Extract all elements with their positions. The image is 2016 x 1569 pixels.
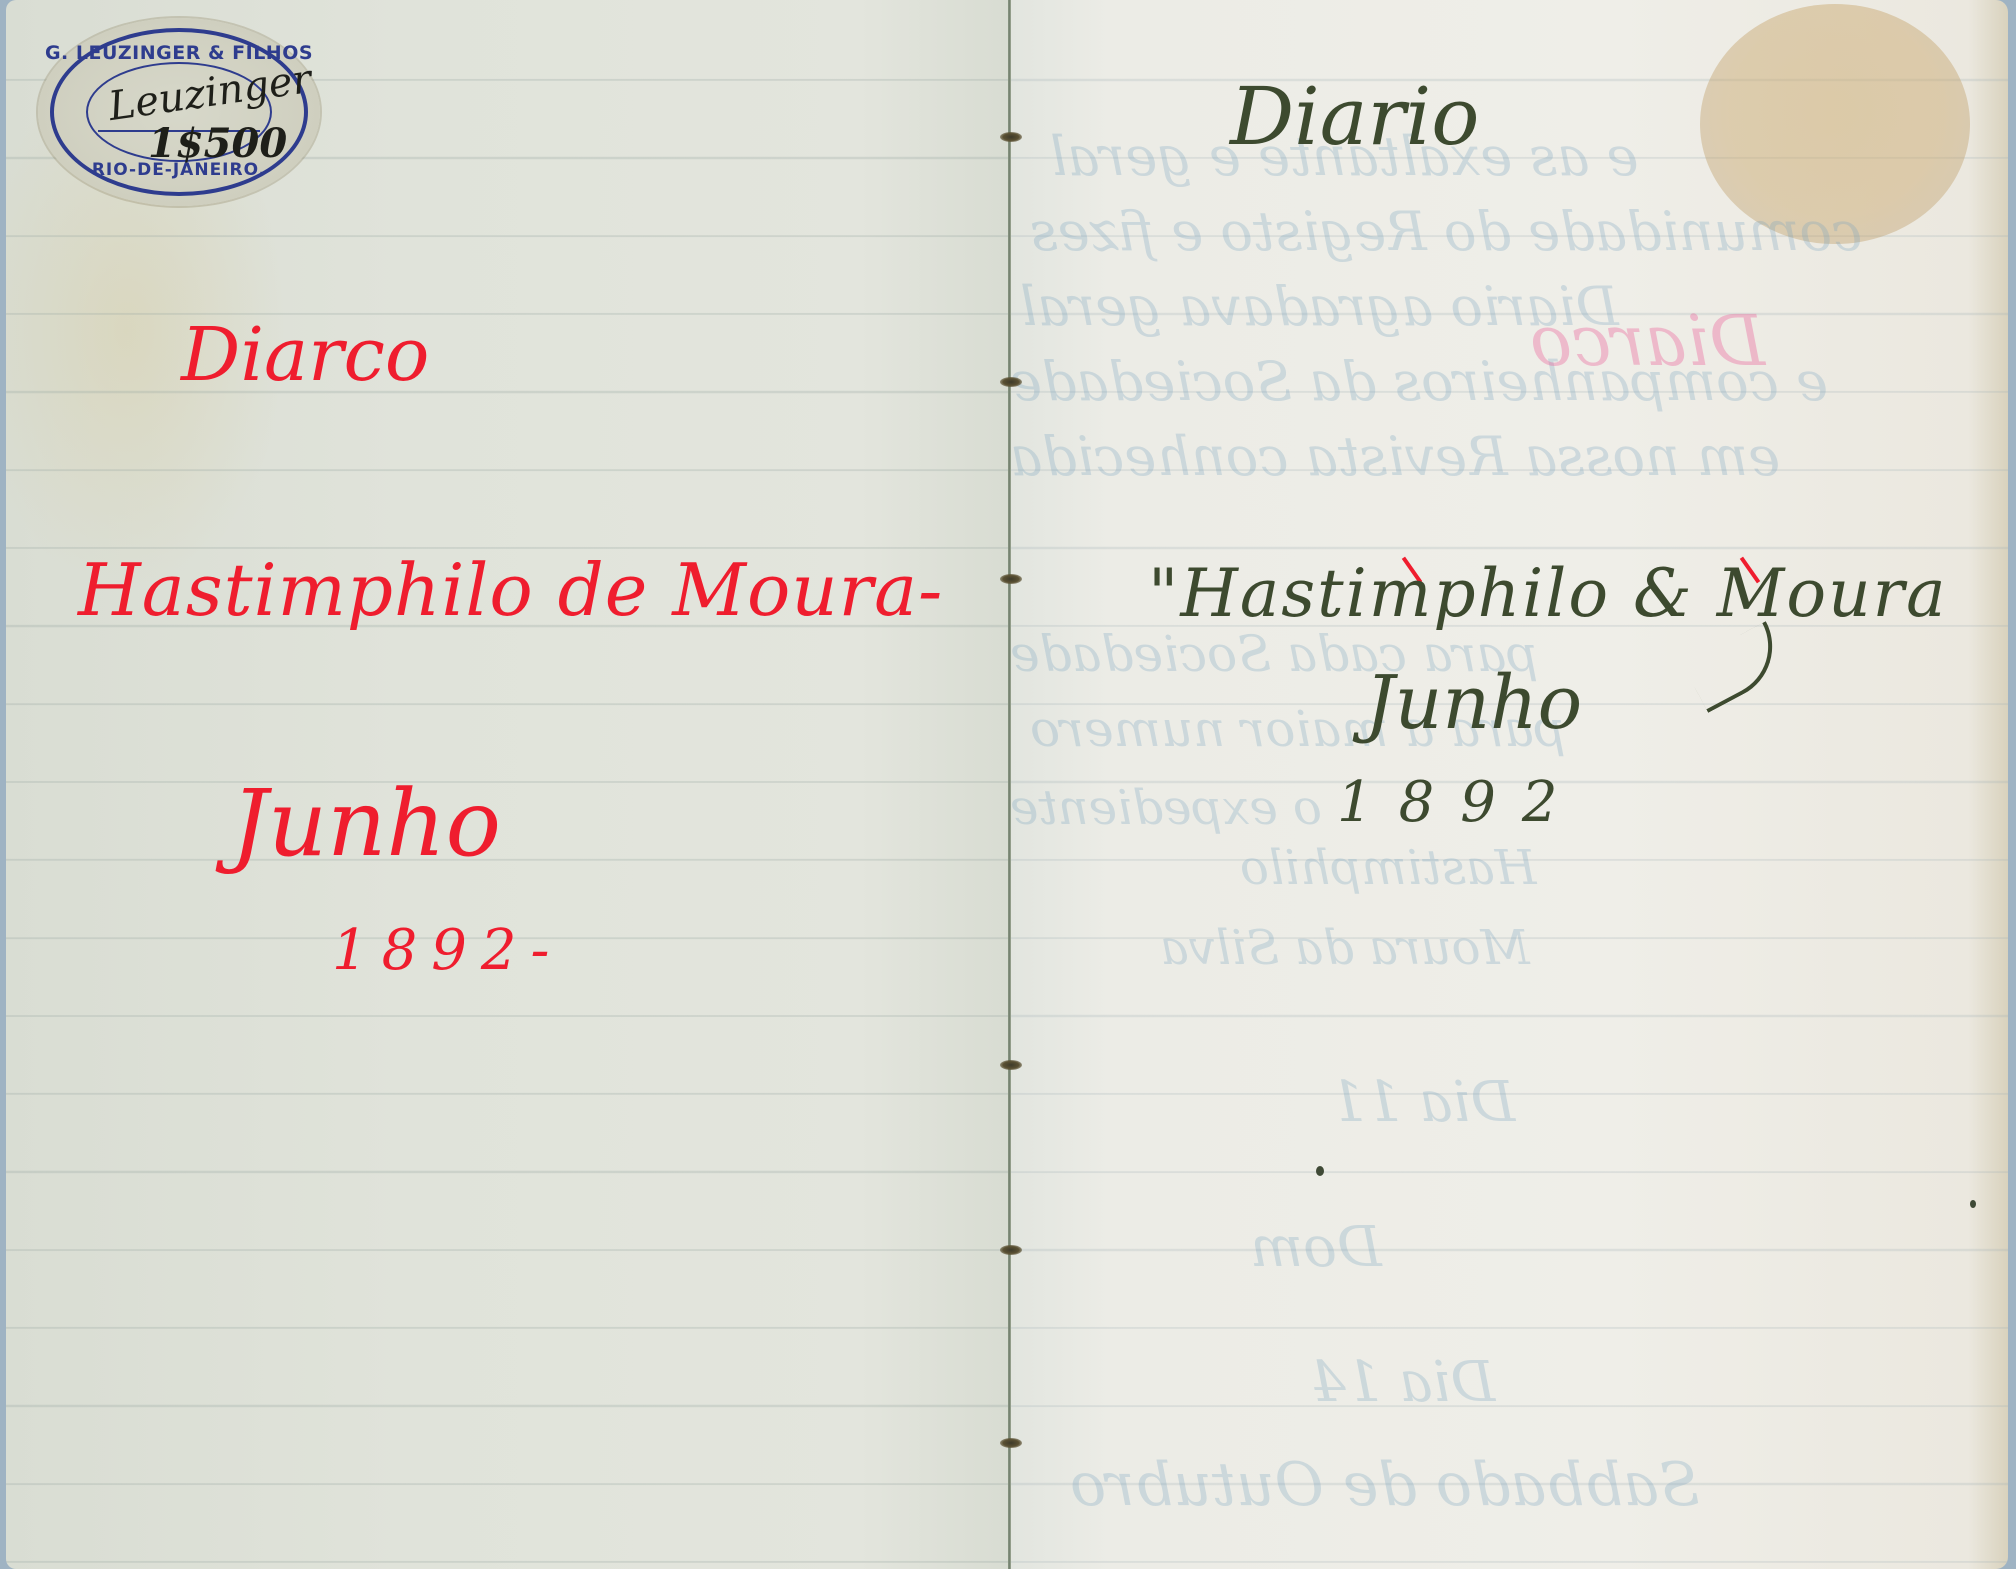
bleed-through-line: comunidade do Registo e fizes xyxy=(1030,200,1862,263)
right-year: 1892 xyxy=(1337,770,1584,835)
binding-stitch xyxy=(1000,1245,1022,1255)
bleed-through-line: Dia 11 xyxy=(1330,1070,1515,1135)
bleed-through-line: Hastimphilo xyxy=(1240,840,1537,896)
left-title: Diarco xyxy=(181,312,430,398)
bleed-through-line: em nossa Revista conhecida xyxy=(1010,425,1780,488)
ruled-lines xyxy=(6,0,1010,1569)
bleed-through-line: Dia 14 xyxy=(1310,1350,1495,1415)
book-spine xyxy=(1008,0,1011,1569)
binding-stitch xyxy=(1000,1060,1022,1070)
left-author-name: Hastimphilo de Moura- xyxy=(78,548,943,632)
bleed-through-line: Sabbado de Outubro xyxy=(1070,1450,1700,1520)
bookseller-stamp: G. LEUZINGER & FILHOS Leuzinger 1$500 RI… xyxy=(38,18,320,206)
right-page: e as exaltante e geral comunidade do Reg… xyxy=(1010,0,2008,1569)
ink-speck xyxy=(1316,1166,1324,1176)
binding-stitch xyxy=(1000,377,1022,387)
left-page: G. LEUZINGER & FILHOS Leuzinger 1$500 RI… xyxy=(6,0,1010,1569)
bleed-through-line: o expediente xyxy=(1010,780,1322,836)
bleed-through-red-title: Diarco xyxy=(1530,300,1765,382)
book-spread: G. LEUZINGER & FILHOS Leuzinger 1$500 RI… xyxy=(0,0,2016,1569)
right-month: Junho xyxy=(1365,660,1582,746)
binding-stitch xyxy=(1000,132,1022,142)
bleed-through-line: Moura da Silva xyxy=(1160,920,1530,976)
ink-speck xyxy=(1970,1200,1976,1208)
left-month: Junho xyxy=(231,770,501,877)
stamp-bottom-text: RIO-DE-JANEIRO. xyxy=(38,160,320,180)
binding-stitch xyxy=(1000,1438,1022,1448)
bleed-through-line: Diario agradava geral xyxy=(1020,275,1619,338)
left-year: 1892- xyxy=(332,918,563,983)
right-title: Diario xyxy=(1230,70,1479,163)
bleed-through-line: Dom xyxy=(1250,1215,1382,1280)
binding-stitch xyxy=(1000,574,1022,584)
right-author-name: "Hastimphilo & Moura xyxy=(1148,555,1947,632)
